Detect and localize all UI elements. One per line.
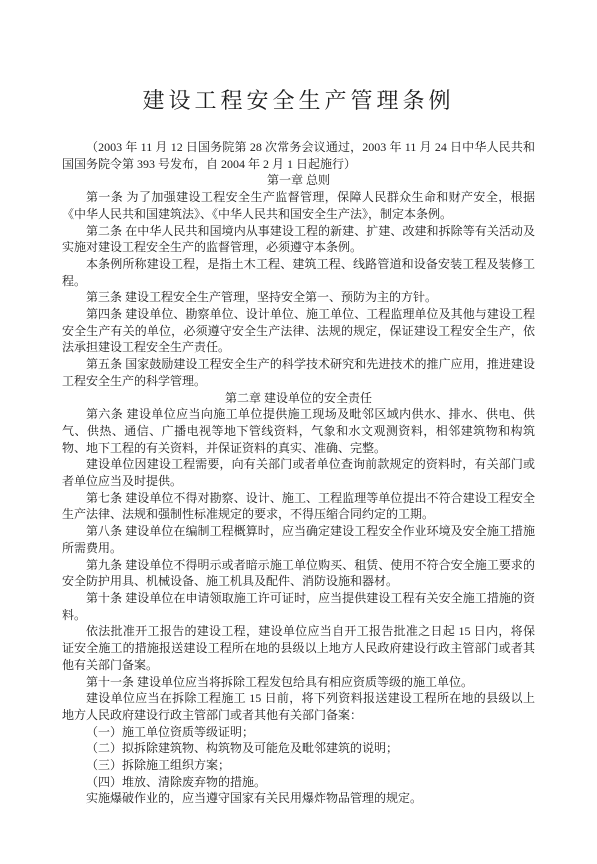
paragraph: （一）施工单位资质等级证明；	[62, 724, 535, 741]
paragraph: 第二条 在中华人民共和国境内从事建设工程的新建、扩建、改建和拆除等有关活动及实施…	[62, 223, 535, 256]
paragraph: 第十一条 建设单位应当将拆除工程发包给具有相应资质等级的施工单位。	[62, 674, 535, 691]
paragraph: 第九条 建设单位不得明示或者暗示施工单位购买、租赁、使用不符合安全施工要求的安全…	[62, 557, 535, 590]
paragraph: 第七条 建设单位不得对勘察、设计、施工、工程监理等单位提出不符合建设工程安全生产…	[62, 490, 535, 523]
paragraph: 第五条 国家鼓励建设工程安全生产的科学技术研究和先进技术的推广应用，推进建设工程…	[62, 356, 535, 389]
paragraph: 建设单位因建设工程需要，向有关部门或者单位查询前款规定的资料时，有关部门或者单位…	[62, 456, 535, 489]
chapter-heading: 第二章 建设单位的安全责任	[62, 390, 535, 407]
document-body: 第一章 总则第一条 为了加强建设工程安全生产监督管理，保障人民群众生命和财产安全…	[62, 172, 535, 807]
paragraph: 依法批准开工报告的建设工程，建设单位应当自开工报告批准之日起 15 日内，将保证…	[62, 623, 535, 673]
paragraph: （三）拆除施工组织方案；	[62, 757, 535, 774]
preamble: （2003 年 11 月 12 日国务院第 28 次常务会议通过，2003 年 …	[62, 139, 535, 172]
document-title: 建设工程安全生产管理条例	[62, 86, 535, 116]
paragraph: （二）拟拆除建筑物、构筑物及可能危及毗邻建筑的说明；	[62, 740, 535, 757]
paragraph: 实施爆破作业的，应当遵守国家有关民用爆炸物品管理的规定。	[62, 790, 535, 807]
paragraph: 第八条 建设单位在编制工程概算时，应当确定建设工程安全作业环境及安全施工措施所需…	[62, 523, 535, 556]
chapter-heading: 第一章 总则	[62, 172, 535, 189]
paragraph: 第三条 建设工程安全生产管理，坚持安全第一、预防为主的方针。	[62, 289, 535, 306]
document-page: 建设工程安全生产管理条例 （2003 年 11 月 12 日国务院第 28 次常…	[0, 0, 597, 864]
paragraph: 建设单位应当在拆除工程施工 15 日前，将下列资料报送建设工程所在地的县级以上地…	[62, 690, 535, 723]
paragraph: 第十条 建设单位在申请领取施工许可证时，应当提供建设工程有关安全施工措施的资料。	[62, 590, 535, 623]
paragraph: 第四条 建设单位、勘察单位、设计单位、施工单位、工程监理单位及其他与建设工程安全…	[62, 306, 535, 356]
paragraph: 第一条 为了加强建设工程安全生产监督管理，保障人民群众生命和财产安全，根据《中华…	[62, 189, 535, 222]
paragraph: 本条例所称建设工程，是指土木工程、建筑工程、线路管道和设备安装工程及装修工程。	[62, 256, 535, 289]
paragraph: （四）堆放、清除废弃物的措施。	[62, 774, 535, 791]
paragraph: 第六条 建设单位应当向施工单位提供施工现场及毗邻区域内供水、排水、供电、供气、供…	[62, 406, 535, 456]
